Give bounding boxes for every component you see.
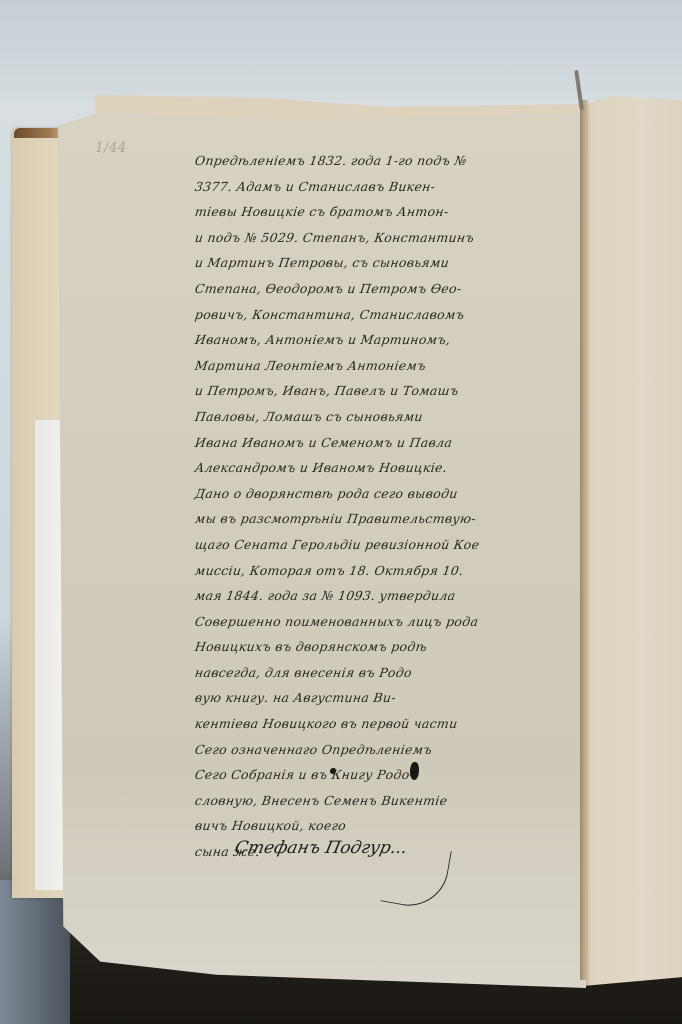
text-line: Опредѣленiемъ 1832. года 1-го подъ № [193, 148, 582, 174]
text-line: и подъ № 5029. Степанъ, Константинъ [193, 225, 582, 251]
text-line: Александромъ и Иваномъ Новицкіе. [193, 455, 582, 481]
binding-fold [580, 100, 588, 980]
signature: Стефанъ Подгур... [233, 838, 409, 858]
text-line: вую книгу. на Августина Ви- [193, 685, 582, 711]
handwritten-text: Опредѣленiемъ 1832. года 1-го подъ № 337… [195, 148, 580, 865]
text-line: миссіи, Которая отъ 18. Октября 10. [193, 558, 582, 584]
text-line: Павловы, Ломашъ съ сыновьями [193, 404, 582, 430]
text-line: вичъ Новицкой, коего [193, 813, 582, 839]
text-line: Мартина Леонтіемъ Антоніемъ [193, 353, 582, 379]
text-line: тiевы Новицкiе съ братомъ Антон- [193, 199, 582, 225]
text-line: и Мартинъ Петровы, съ сыновьями [193, 250, 582, 276]
text-line: Ивана Иваномъ и Семеномъ и Павла [193, 430, 582, 456]
text-line: словную, Внесенъ Семенъ Викентiе [193, 788, 582, 814]
pencil-margin-mark: 1/44 [95, 140, 126, 156]
text-line: мая 1844. года за № 1093. утвердила [193, 583, 582, 609]
text-line: щаго Сената Герольдіи ревизіонной Кое [193, 532, 582, 558]
text-line: Иваномъ, Антоніемъ и Мартиномъ, [193, 327, 582, 353]
cloth-corner [0, 880, 70, 1024]
text-line: Новицкихъ въ дворянскомъ родѣ [193, 634, 582, 660]
text-line: Сего Собранія и въ Книгу Родо- [193, 762, 582, 788]
text-line: кентiева Новицкого въ первой части [193, 711, 582, 737]
text-line: Степана, Ѳеодоромъ и Петромъ Ѳео- [193, 276, 582, 302]
text-line: ровичъ, Константина, Станиславомъ [193, 302, 582, 328]
text-line: Дано о дворянствѣ рода сего выводи [193, 481, 582, 507]
facing-page [583, 96, 682, 986]
text-line: навсегда, для внесенія въ Родо [193, 660, 582, 686]
text-line: Совершенно поименованныхъ лицъ рода [193, 609, 582, 635]
text-line: Сего означеннаго Опредѣленiемъ [193, 737, 582, 763]
text-line: мы въ разсмотрѣніи Правительствую- [193, 506, 582, 532]
text-line: 3377. Адамъ и Станиславъ Викен- [193, 174, 582, 200]
text-line: и Петромъ, Иванъ, Павелъ и Томашъ [193, 378, 582, 404]
